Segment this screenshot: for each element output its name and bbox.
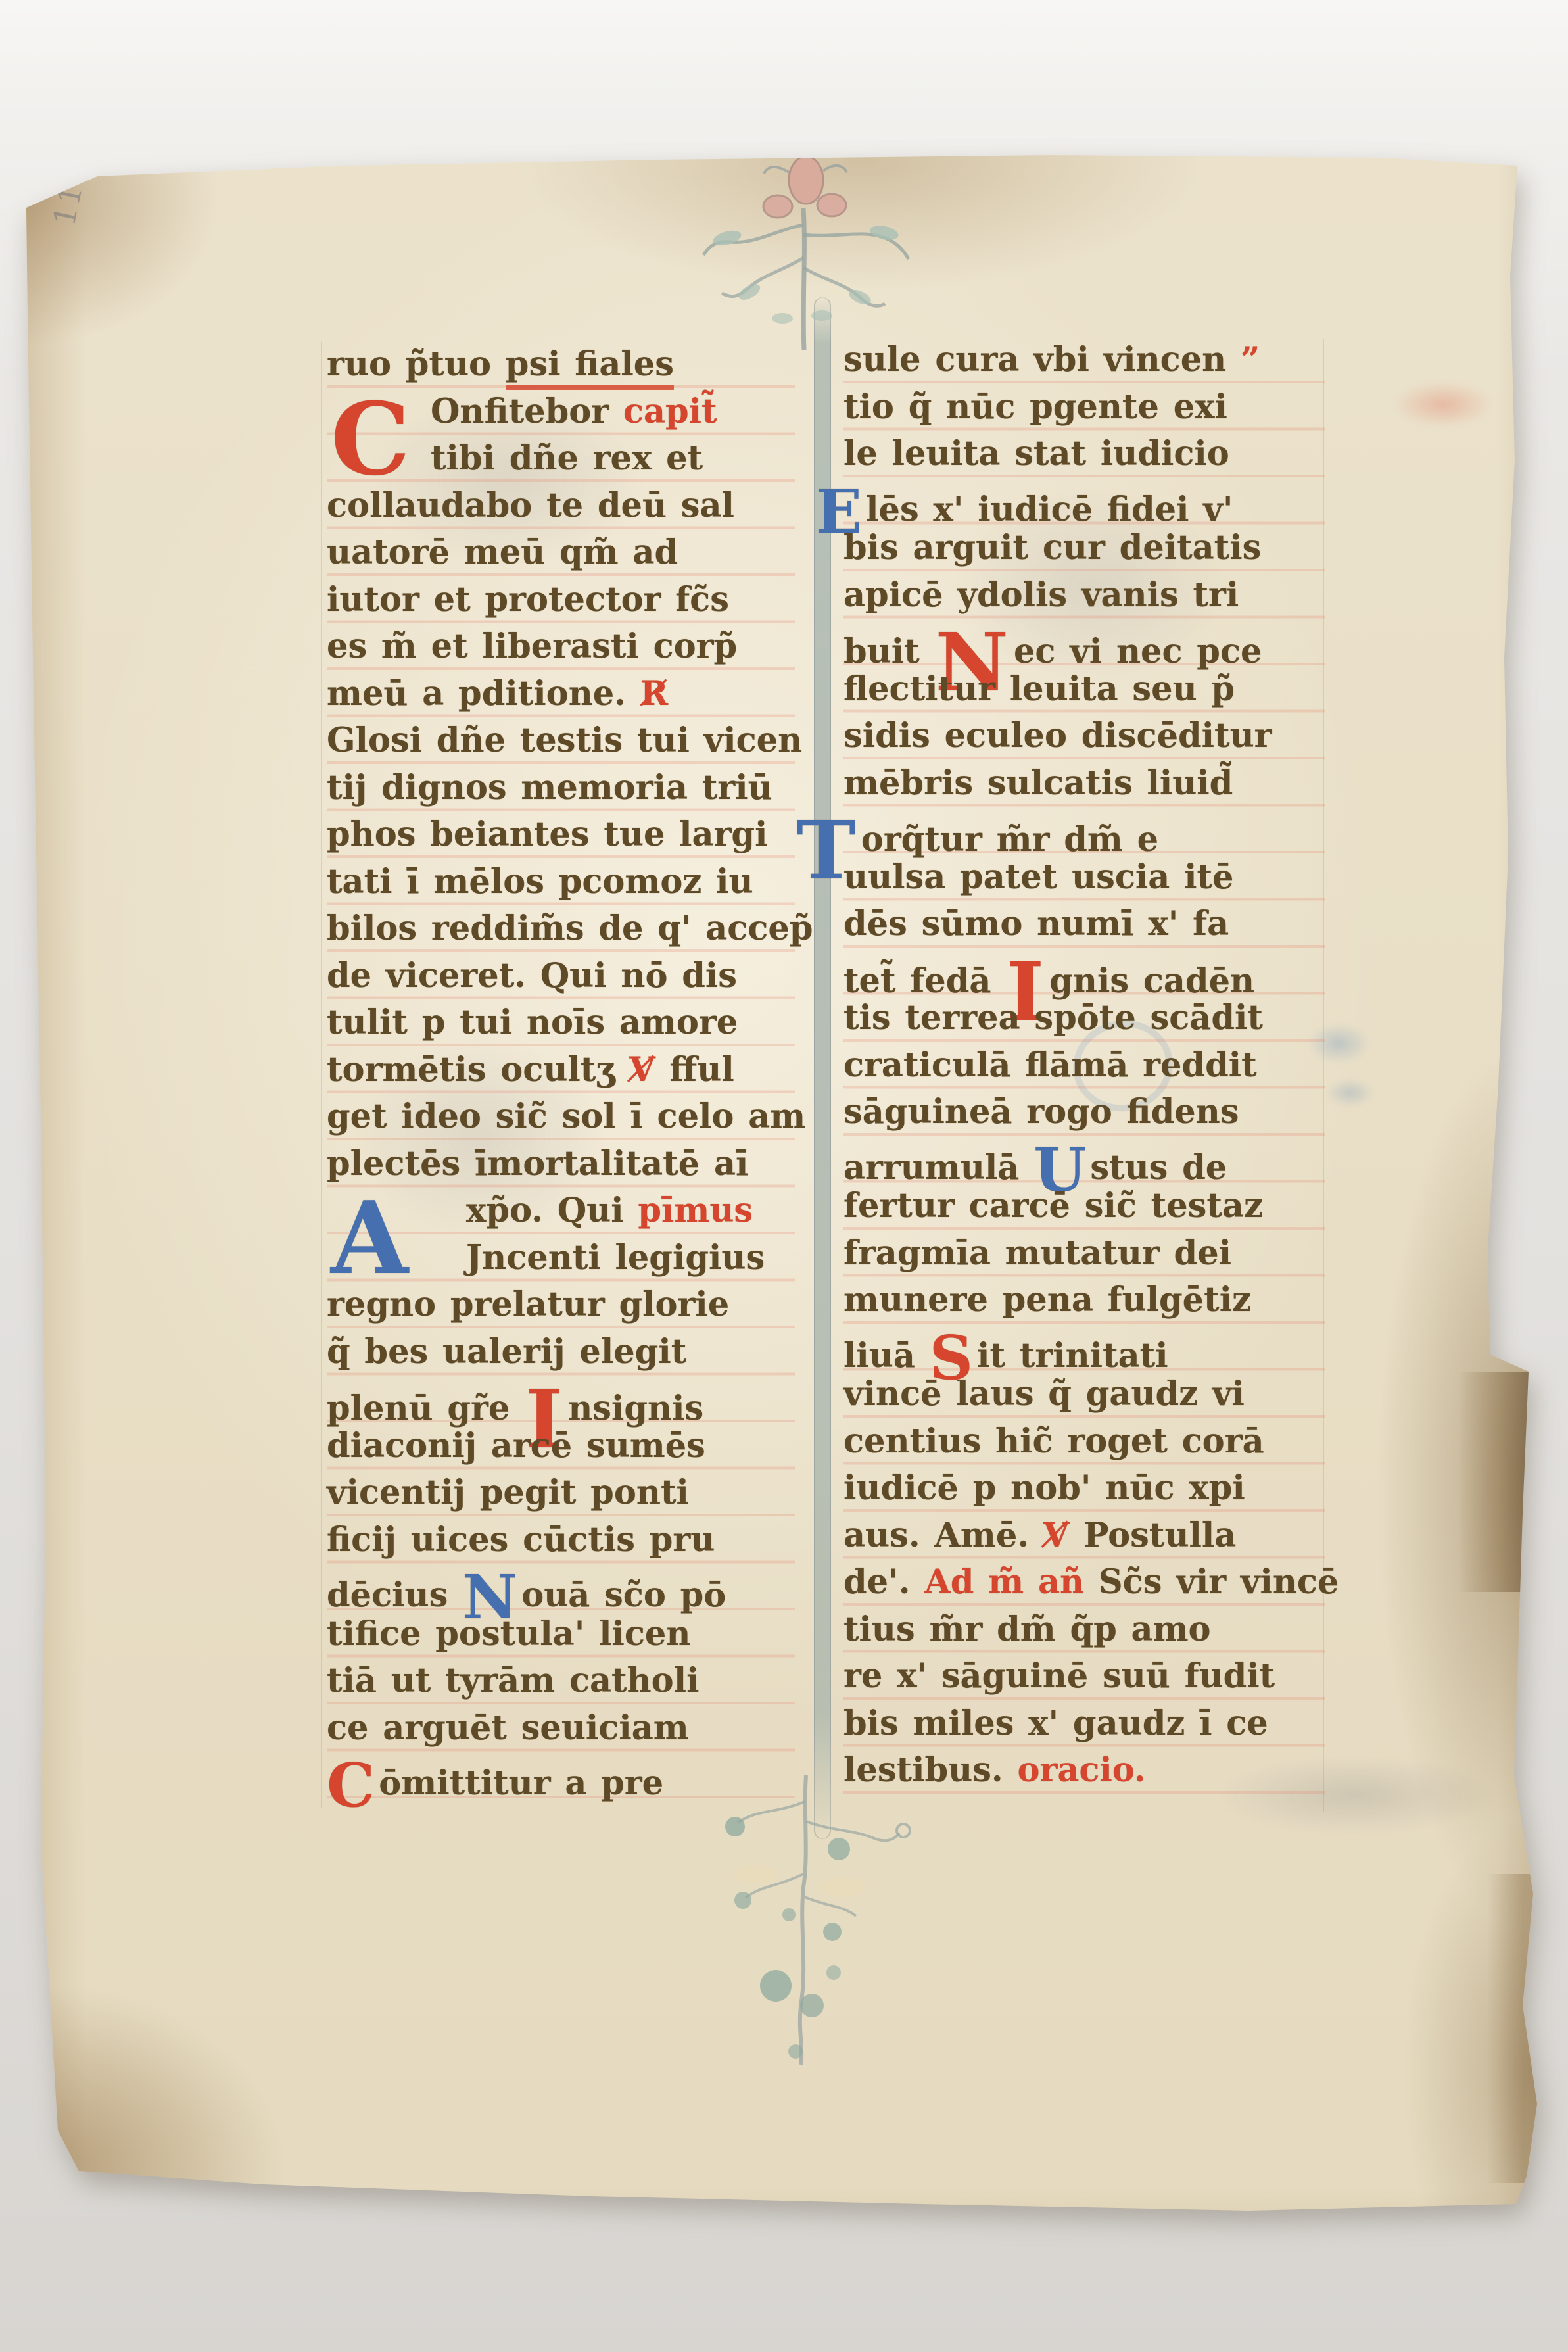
text-line: aus. Amē. V̸ Postulla [843,1516,1325,1563]
body-text: sule cura vbi vincen [843,340,1241,379]
text-line: regno prelatur glorie [327,1285,795,1332]
body-text: ficij uices cūctis pru [327,1520,715,1560]
body-text: es m̃ et liberasti corp̃ [327,627,737,666]
text-line: tius m̃r dm̃ q̃p amo [843,1610,1325,1657]
text-line: sāguineā rogo fidens [843,1092,1325,1140]
text-column-right: sule cura vbi vincen ”tio q̃ nūc pgente … [843,340,1325,1798]
pencil-folio-number: 118 [46,159,94,229]
photograph-background: 118 [0,0,1568,2352]
body-text: get ideo sic̃ sol ī celo am [327,1097,805,1136]
body-text: arrumulā [843,1148,1033,1188]
text-line: collaudabo te deū sal [327,486,795,533]
body-text: fful [669,1050,734,1090]
body-text: tati ī mēlos pcomoz iu [327,862,753,901]
body-text: collaudabo te deū sal [327,486,734,525]
text-line: tati ī mēlos pcomoz iu [327,862,795,909]
body-text: tormētis ocultʒ [327,1050,629,1090]
body-text: re x' sāguinē suū fudit [843,1656,1275,1696]
rubric-text: capit̃ [623,392,717,431]
body-text: dēcius [327,1575,462,1615]
body-text: vincē laus q̃ gaudz vi [843,1374,1245,1414]
text-line: mēbris sulcatis liuid̃ [843,763,1325,811]
text-line: tulit p tui noīs amore [327,1003,795,1050]
text-line: bilos reddim̃s de q' accep̃ [327,909,795,956]
text-line: es m̃ et liberasti corp̃ [327,627,795,674]
body-text: bilos reddim̃s de q' accep̃ [327,909,813,948]
text-line: uulsa patet uscia itē [843,857,1325,905]
rubric-text: V̸ [629,1050,669,1090]
text-line: Torq̃tur m̃r dm̃ e [843,810,1325,857]
body-text: buit [843,632,934,671]
text-line: bis arguit cur deitatis [843,528,1325,575]
rubric-text: V̸ [1043,1516,1070,1555]
body-text: dēs sūmo numī x' fa [843,904,1229,944]
body-text: fertur carcē sic̃ testaz [843,1186,1263,1226]
body-text: plenū gr̃e [327,1389,524,1428]
text-line: tet̃ fedā Ignis cadēn [843,951,1325,999]
text-line: tis terrea spōte scādit [843,998,1325,1045]
body-text: Jncenti legigius [466,1238,765,1278]
body-text: bis miles x' gaudz ī ce [843,1704,1268,1743]
text-line: tij dignos memoria triū [327,768,795,815]
text-line: de viceret. Qui nō dis [327,956,795,1003]
body-text: tibi dñe rex et [431,439,703,478]
body-text: le leuita stat iudicio [843,434,1229,473]
edge-stain [1487,1874,1538,2183]
body-text: q̃ bes ualerij elegit [327,1332,686,1372]
ink-smudge [1394,381,1492,427]
text-line: meū a pditione. R̸ [327,674,795,721]
body-text: aus. Amē. [843,1516,1043,1555]
text-line: Elēs x' iudicē fidei v' [843,481,1325,529]
body-text: gnis cadēn [1049,961,1254,1001]
text-line: buit Nec vi nec pce [843,622,1325,669]
text-line: bis miles x' gaudz ī ce [843,1704,1325,1751]
text-line: Cōmittitur a pre [327,1755,795,1802]
body-text: Onfitebor [431,392,623,431]
column-ruling-line [321,342,322,1808]
edge-stain [1458,1372,1532,1592]
text-line: COnfitebor capit̃ [327,392,795,439]
body-text: munere pena fulgētiz [843,1280,1251,1320]
body-text: lestibus. [843,1750,1017,1790]
body-text: phos beiantes tue largi [327,815,767,854]
rubric-text: pīmus [638,1191,753,1230]
text-line: diaconij arcē sumēs [327,1426,795,1474]
text-line: get ideo sic̃ sol ī celo am [327,1097,795,1144]
text-line: flectitur leuita seu p̃ [843,669,1325,717]
body-text: tet̃ fedā [843,961,1005,1001]
body-text: diaconij arcē sumēs [327,1426,705,1466]
body-text: tio q̃ nūc pgente exi [843,387,1227,427]
text-line: uatorē meū qm̃ ad [327,533,795,580]
body-text: tulit p tui noīs amore [327,1003,738,1042]
rubric-text: oracio. [1017,1750,1145,1790]
body-text: de'. [843,1562,924,1602]
body-text: ce arguēt seuiciam [327,1708,689,1748]
body-text: Postulla [1069,1516,1236,1555]
body-text: stus de [1090,1148,1227,1188]
text-line: munere pena fulgētiz [843,1280,1325,1328]
body-text: tifice postula' licen [327,1614,690,1654]
text-line: dēs sūmo numī x' fa [843,904,1325,951]
body-text: iutor et protector fc̃s [327,580,729,619]
bottom-floral-ornament [677,1775,927,2065]
text-line: sule cura vbi vincen ” [843,340,1325,387]
body-text: lēs x' iudicē fidei v' [866,490,1233,529]
body-text: centius hic̃ roget corā [843,1422,1264,1461]
text-line: ficij uices cūctis pru [327,1520,795,1568]
rubric-text: ” [1241,340,1260,379]
text-line: Glosi dñe testis tui vicen [327,721,795,768]
body-text: sidis eculeo discēditur [843,716,1272,756]
text-column-left: ruo p̃tuo psi fialesCOnfitebor capit̃tib… [327,345,795,1802]
text-line: fragmīa mutatur dei [843,1234,1325,1281]
body-text: ruo p̃tuo [327,345,506,384]
body-text: xp̃o. Qui [466,1191,638,1230]
body-text: ec vi nec pce [1014,632,1262,671]
text-line: tormētis ocultʒ V̸ fful [327,1050,795,1097]
body-text: fragmīa mutatur dei [843,1234,1231,1273]
text-line: le leuita stat iudicio [843,434,1325,481]
body-text: bis arguit cur deitatis [843,528,1261,567]
body-text: ouā sc̃o pō [521,1575,726,1615]
body-text: mēbris sulcatis liuid̃ [843,763,1233,803]
body-text: tius m̃r dm̃ q̃p amo [843,1610,1211,1649]
text-line: dēcius Nouā sc̃o pō [327,1567,795,1614]
body-text: ōmittitur a pre [379,1764,663,1803]
body-text: it trinitati [977,1336,1168,1376]
text-line: Jncenti legigius [327,1238,795,1285]
text-line: tiā ut tyrām catholi [327,1661,795,1708]
text-line: Axp̃o. Qui pīmus [327,1191,795,1238]
text-line: de'. Ad m̃ añ Sc̃s vir vincē [843,1562,1325,1610]
body-text: uulsa patet uscia itē [843,857,1233,897]
text-line: ce arguēt seuiciam [327,1708,795,1756]
body-text: regno prelatur glorie [327,1285,729,1324]
body-text: Sc̃s vir vincē [1099,1562,1339,1602]
text-line: tio q̃ nūc pgente exi [843,387,1325,435]
body-text: nsignis [568,1389,703,1428]
text-line: phos beiantes tue largi [327,815,795,862]
body-text: meū a pditione. [327,674,640,713]
text-line: arrumulā Ustus de [843,1140,1325,1187]
text-line: tibi dñe rex et [327,439,795,486]
text-line: iudicē p nob' nūc xpi [843,1468,1325,1516]
body-text: tis terrea spōte scādit [843,998,1263,1038]
rubric-text: R̸ [640,674,668,713]
body-text: Glosi dñe testis tui vicen [327,721,802,760]
body-text: de viceret. Qui nō dis [327,956,737,996]
body-text: orq̃tur m̃r dm̃ e [861,820,1158,859]
top-floral-ornament [684,146,920,350]
body-text: liuā [843,1336,930,1376]
text-line: apicē ydolis vanis tri [843,575,1325,623]
manuscript-leaf: 118 [0,0,1568,2352]
decorated-initial: C [327,1755,375,1815]
body-text: plectēs īmortalitatē aī [327,1144,748,1184]
body-text: tij dignos memoria triū [327,768,772,807]
rubric-text: Ad m̃ añ [924,1562,1099,1602]
body-text: vicentij pegit ponti [327,1473,689,1512]
text-line: plenū gr̃e Insignis [327,1379,795,1426]
text-line: fertur carcē sic̃ testaz [843,1186,1325,1234]
text-line: vincē laus q̃ gaudz vi [843,1374,1325,1422]
body-text: sāguineā rogo fidens [843,1092,1239,1132]
body-text: uatorē meū qm̃ ad [327,533,678,572]
body-text: iudicē p nob' nūc xpi [843,1468,1245,1508]
body-text: tiā ut tyrām catholi [327,1661,699,1700]
body-text: craticulā flāmā reddit [843,1045,1257,1085]
text-line: tifice postula' licen [327,1614,795,1662]
text-line: vicentij pegit ponti [327,1473,795,1520]
text-line: re x' sāguinē suū fudit [843,1656,1325,1704]
body-text: flectitur leuita seu p̃ [843,669,1235,709]
underlined-text: psi fiales [506,345,674,390]
ink-smudge [1325,1078,1374,1107]
text-line: lestibus. oracio. [843,1750,1325,1798]
text-line: liuā Sit trinitati [843,1328,1325,1375]
text-line: iutor et protector fc̃s [327,580,795,627]
text-line: sidis eculeo discēditur [843,716,1325,763]
text-line: craticulā flāmā reddit [843,1045,1325,1093]
body-text: apicē ydolis vanis tri [843,575,1239,615]
text-line: centius hic̃ roget corā [843,1422,1325,1469]
